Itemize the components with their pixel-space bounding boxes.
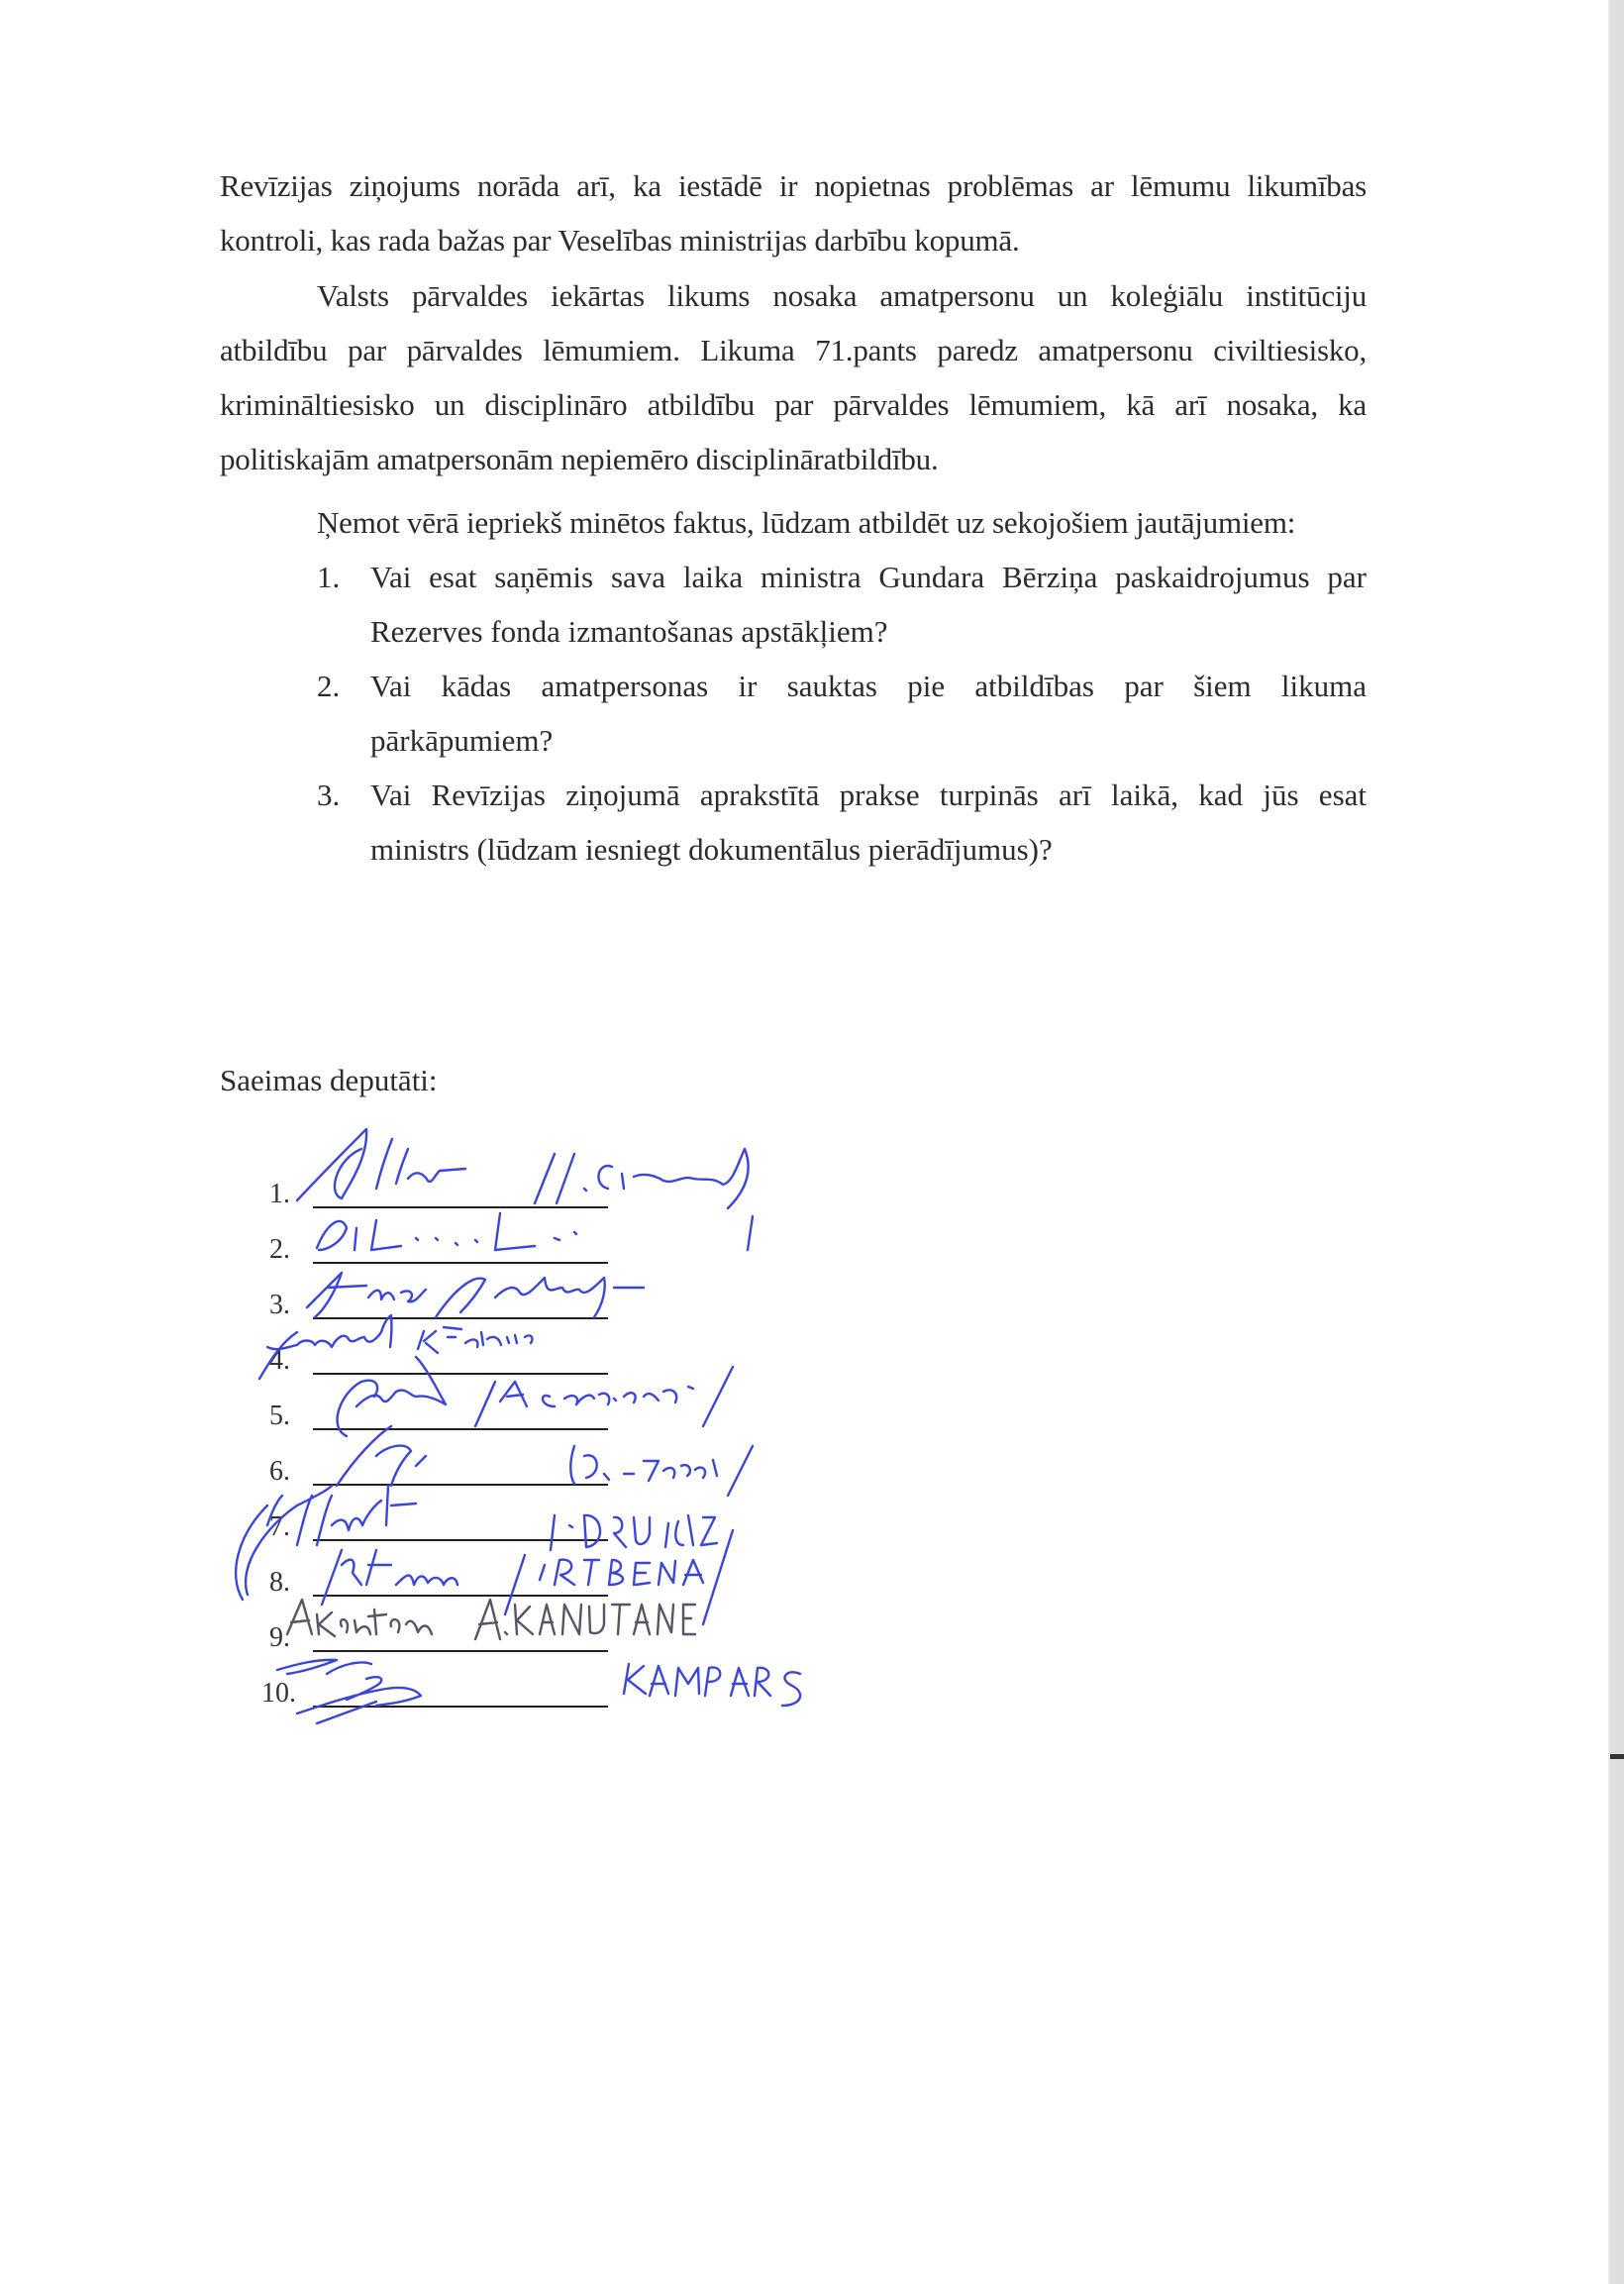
question-text: Vai esat saņēmis sava laika ministra Gun… [370,550,1367,604]
signature-line [313,1539,608,1541]
signature-line [313,1706,608,1708]
signature-line [313,1595,608,1597]
question-text: Vai kādas amatpersonas ir sauktas pie at… [370,659,1367,713]
signature-line [313,1206,608,1208]
signature-list: 1. 2. 3. 4. 5. 6. 7. 8. 9. 10. [269,1157,1002,1712]
paragraph-request: Ņemot vērā iepriekš minētos faktus, lūdz… [317,495,1367,550]
text-line: krimināltiesisko un disciplināro atbildī… [220,377,1367,432]
signature-number: 10. [261,1678,305,1710]
question-number: 1. [317,550,340,604]
signature-number: 8. [269,1567,313,1599]
text-line: Revīzijas ziņojums norāda arī, ka iestād… [220,158,1367,213]
signature-row: 3. [269,1268,1002,1323]
text-line: atbildību par pārvaldes lēmumiem. Likuma… [220,323,1367,377]
signature-number: 3. [269,1290,313,1321]
signature-number: 9. [269,1622,313,1654]
signature-line [313,1484,608,1486]
signature-number: 4. [269,1345,313,1377]
signature-row: 5. [269,1379,1002,1434]
text-line: politiskajām amatpersonām nepiemēro disc… [220,432,1367,486]
signatures-label: Saeimas deputāti: [220,1053,438,1107]
signature-row: 4. [269,1323,1002,1379]
signature-row: 10. [269,1656,1002,1712]
text-line: Ņemot vērā iepriekš minētos faktus, lūdz… [317,495,1367,550]
question-number: 2. [317,659,340,713]
signature-line [313,1373,608,1375]
signature-number: 5. [269,1401,313,1432]
signature-line [313,1262,608,1264]
paragraph-law: Valsts pārvaldes iekārtas likums nosaka … [220,268,1367,486]
signature-row: 6. [269,1434,1002,1490]
question-item: 1. Vai esat saņēmis sava laika ministra … [317,550,1367,659]
signature-number: 2. [269,1234,313,1266]
question-text: ministrs (lūdzam iesniegt dokumentālus p… [370,822,1367,877]
question-item: 2. Vai kādas amatpersonas ir sauktas pie… [317,659,1367,768]
signature-row: 8. [269,1545,1002,1601]
signature-row: 1. [269,1157,1002,1212]
text-line: kontroli, kas rada bažas par Veselības m… [220,213,1367,267]
signature-line [313,1650,608,1652]
scan-edge-strip [1608,0,1624,2284]
question-item: 3. Vai Revīzijas ziņojumā aprakstītā pra… [317,768,1367,877]
signature-number: 7. [269,1511,313,1543]
text-line: Valsts pārvaldes iekārtas likums nosaka … [220,268,1367,323]
signature-row: 9. [269,1601,1002,1656]
signature-row: 2. [269,1212,1002,1268]
signature-number: 1. [269,1179,313,1210]
question-text: Rezerves fonda izmantošanas apstākļiem? [370,604,1367,659]
questions-list: 1. Vai esat saņēmis sava laika ministra … [317,550,1367,877]
signature-line [313,1428,608,1430]
question-number: 3. [317,768,340,822]
signature-number: 6. [269,1456,313,1488]
paragraph-audit-report: Revīzijas ziņojums norāda arī, ka iestād… [220,158,1367,267]
question-text: Vai Revīzijas ziņojumā aprakstītā prakse… [370,768,1367,822]
signature-line [313,1317,608,1319]
scan-edge-mark [1610,1754,1624,1759]
signature-row: 7. [269,1490,1002,1545]
question-text: pārkāpumiem? [370,713,1367,768]
